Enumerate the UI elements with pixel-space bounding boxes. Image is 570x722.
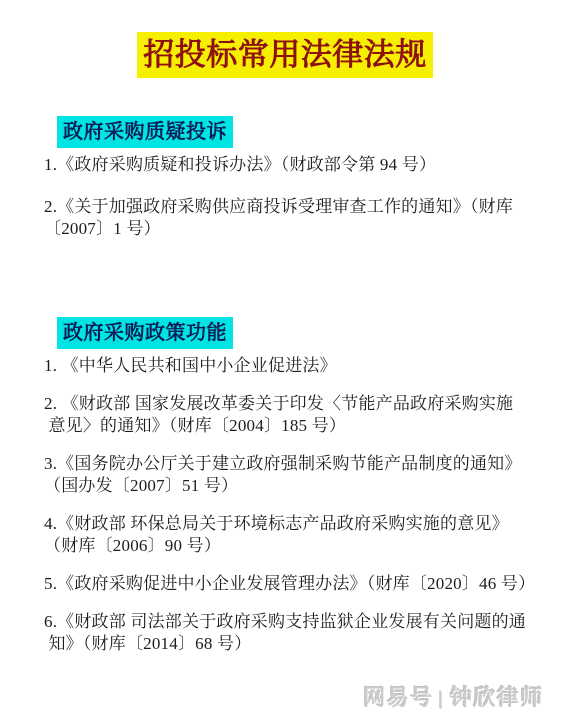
watermark-separator: | <box>439 689 445 709</box>
law-item: 1. 《中华人民共和国中小企业促进法》 <box>44 355 548 377</box>
watermark: 网易号|钟欣律师 <box>363 681 544 712</box>
watermark-brand: 网易号 <box>363 685 434 710</box>
law-item: 2. 《财政部 国家发展改革委关于印发〈节能产品政府采购实施 意见〉的通知》（财… <box>44 393 548 437</box>
law-item: 2.《关于加强政府采购供应商投诉受理审查工作的通知》（财库 〔2007〕1 号） <box>44 196 548 240</box>
document-header: 招投标常用法律法规 <box>0 0 570 78</box>
section-procurement-policy: 政府采购政策功能 1. 《中华人民共和国中小企业促进法》 2. 《财政部 国家发… <box>0 317 570 655</box>
section-heading-policy: 政府采购政策功能 <box>57 317 233 349</box>
law-item: 3.《国务院办公厅关于建立政府强制采购节能产品制度的通知》 （国办发〔2007〕… <box>44 453 548 497</box>
section-heading-complaints: 政府采购质疑投诉 <box>57 116 233 148</box>
watermark-author: 钟欣律师 <box>450 685 544 710</box>
law-item: 5.《政府采购促进中小企业发展管理办法》（财库〔2020〕46 号） <box>44 573 548 595</box>
section-procurement-complaints: 政府采购质疑投诉 1.《政府采购质疑和投诉办法》（财政部令第 94 号） 2.《… <box>0 116 570 240</box>
law-item: 6.《财政部 司法部关于政府采购支持监狱企业发展有关问题的通 知》（财库〔201… <box>44 611 548 655</box>
document-page: 招投标常用法律法规 政府采购质疑投诉 1.《政府采购质疑和投诉办法》（财政部令第… <box>0 0 570 655</box>
page-title: 招投标常用法律法规 <box>137 32 433 78</box>
law-item: 1.《政府采购质疑和投诉办法》（财政部令第 94 号） <box>44 154 548 176</box>
law-item: 4.《财政部 环保总局关于环境标志产品政府采购实施的意见》 （财库〔2006〕9… <box>44 513 548 557</box>
